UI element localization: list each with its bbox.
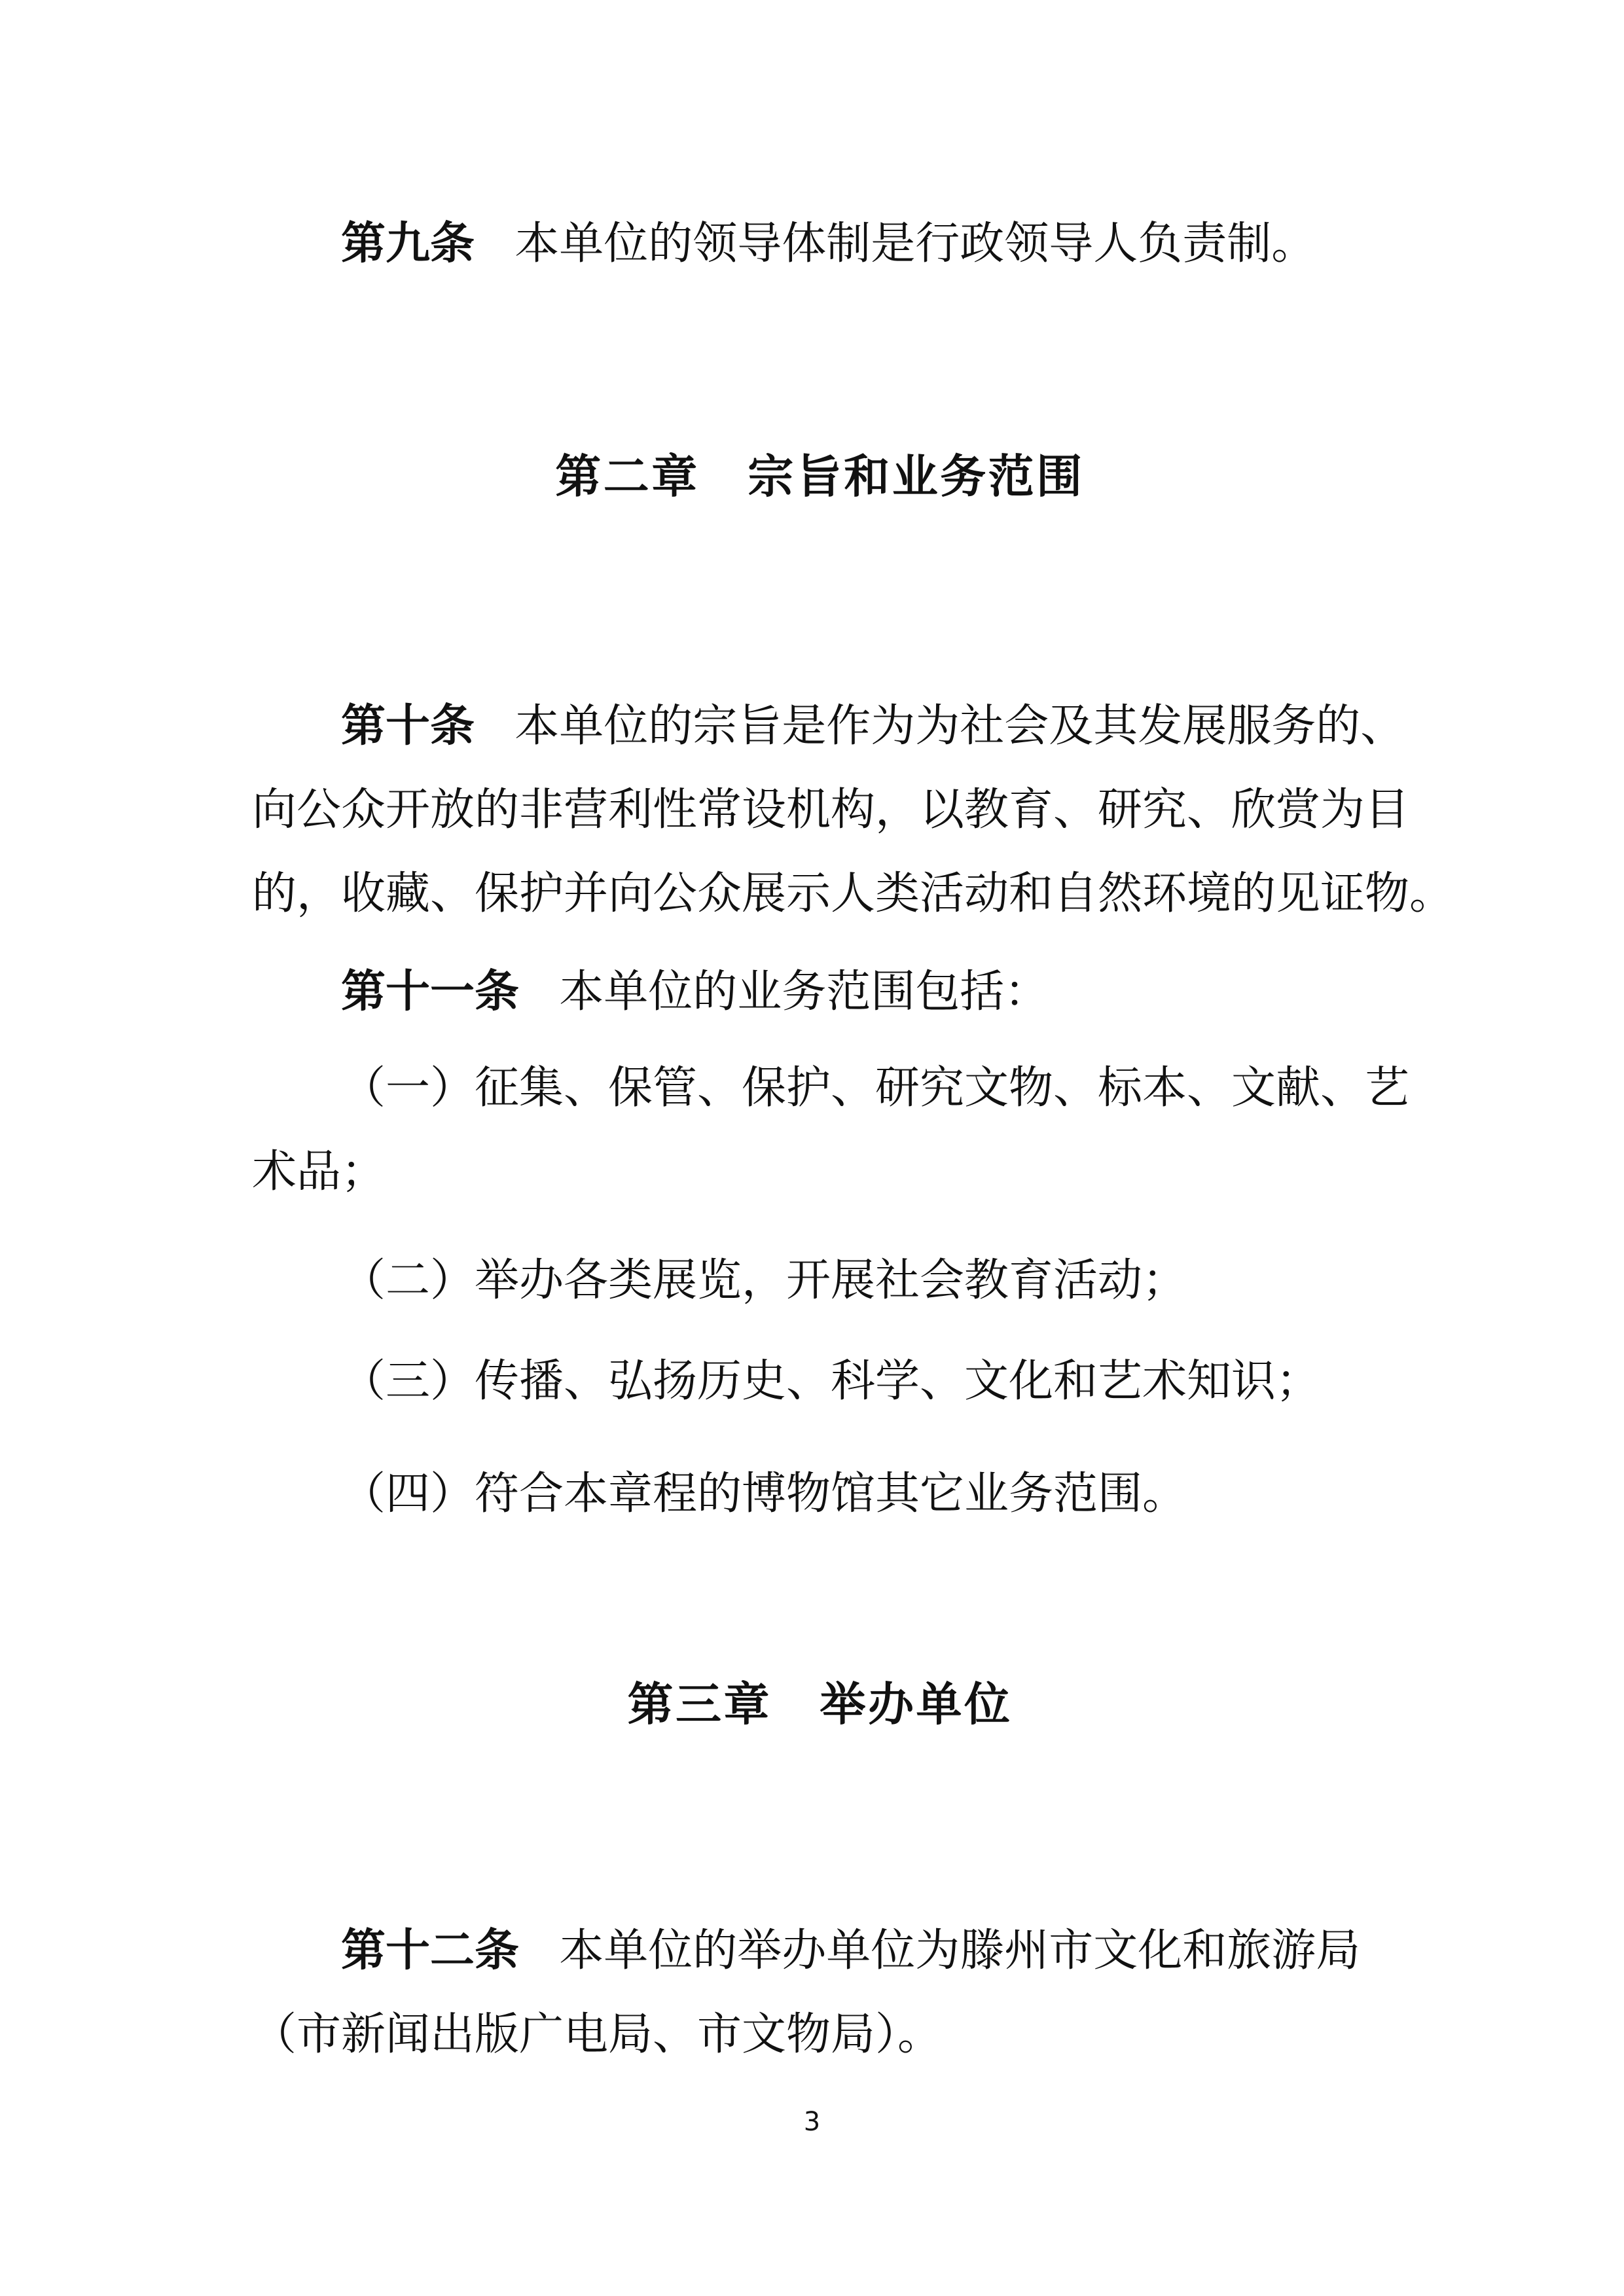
item-4-line-1: （四）符合本章程的博物馆其它业务范围。 [252,1452,1388,1536]
article-10-line-1: 第十条本单位的宗旨是作为为社会及其发展服务的、 [252,684,1388,768]
item-3-line-1: （三）传播、弘扬历史、科学、文化和艺术知识； [252,1340,1388,1424]
chapter-2-heading: 第二章 宗旨和业务范围 [252,431,1388,522]
article-11-number: 第十一条 [341,965,519,1018]
article-10-number: 第十条 [341,700,475,752]
item-2-line-1: （二）举办各类展览，开展社会教育活动； [252,1239,1388,1323]
business-scope-item-1: （一）征集、保管、保护、研究文物、标本、文献、艺 术品； [252,1047,1388,1214]
page-number: 3 [0,2102,1624,2142]
article-12-line-1: 第十二条本单位的举办单位为滕州市文化和旅游局 [252,1909,1388,1993]
item-1-line-1: （一）征集、保管、保护、研究文物、标本、文献、艺 [252,1047,1388,1130]
article-11-paragraph: 第十一条本单位的业务范围包括： [252,950,1388,1034]
article-12-number: 第十二条 [341,1924,519,1977]
document-page: 第九条本单位的领导体制是行政领导人负责制。 第二章 宗旨和业务范围 第十条本单位… [0,0,1624,2296]
document-content: 第九条本单位的领导体制是行政领导人负责制。 第二章 宗旨和业务范围 第十条本单位… [252,0,1388,2077]
article-10-text-1: 本单位的宗旨是作为为社会及其发展服务的、 [514,700,1405,752]
item-1-line-2: 术品； [252,1130,1388,1214]
article-10-paragraph: 第十条本单位的宗旨是作为为社会及其发展服务的、 向公众开放的非营利性常设机构，以… [252,684,1388,936]
article-10-line-2: 向公众开放的非营利性常设机构，以教育、研究、欣赏为目 [252,768,1388,852]
article-12-line-2: （市新闻出版广电局、市文物局）。 [252,1993,1388,2077]
article-9-line-1: 第九条本单位的领导体制是行政领导人负责制。 [252,202,1388,286]
article-10-line-3: 的，收藏、保护并向公众展示人类活动和自然环境的见证物。 [252,852,1388,936]
article-11-line-1: 第十一条本单位的业务范围包括： [252,950,1388,1034]
chapter-3-heading: 第三章 举办单位 [252,1659,1388,1750]
article-9-text: 本单位的领导体制是行政领导人负责制。 [514,218,1316,270]
business-scope-item-2: （二）举办各类展览，开展社会教育活动； [252,1239,1388,1323]
article-9-paragraph: 第九条本单位的领导体制是行政领导人负责制。 [252,202,1388,286]
business-scope-item-3: （三）传播、弘扬历史、科学、文化和艺术知识； [252,1340,1388,1424]
article-9-number: 第九条 [341,217,475,270]
article-12-paragraph: 第十二条本单位的举办单位为滕州市文化和旅游局 （市新闻出版广电局、市文物局）。 [252,1909,1388,2077]
business-scope-item-4: （四）符合本章程的博物馆其它业务范围。 [252,1452,1388,1536]
article-12-text-1: 本单位的举办单位为滕州市文化和旅游局 [559,1925,1360,1977]
article-11-text: 本单位的业务范围包括： [559,966,1049,1018]
